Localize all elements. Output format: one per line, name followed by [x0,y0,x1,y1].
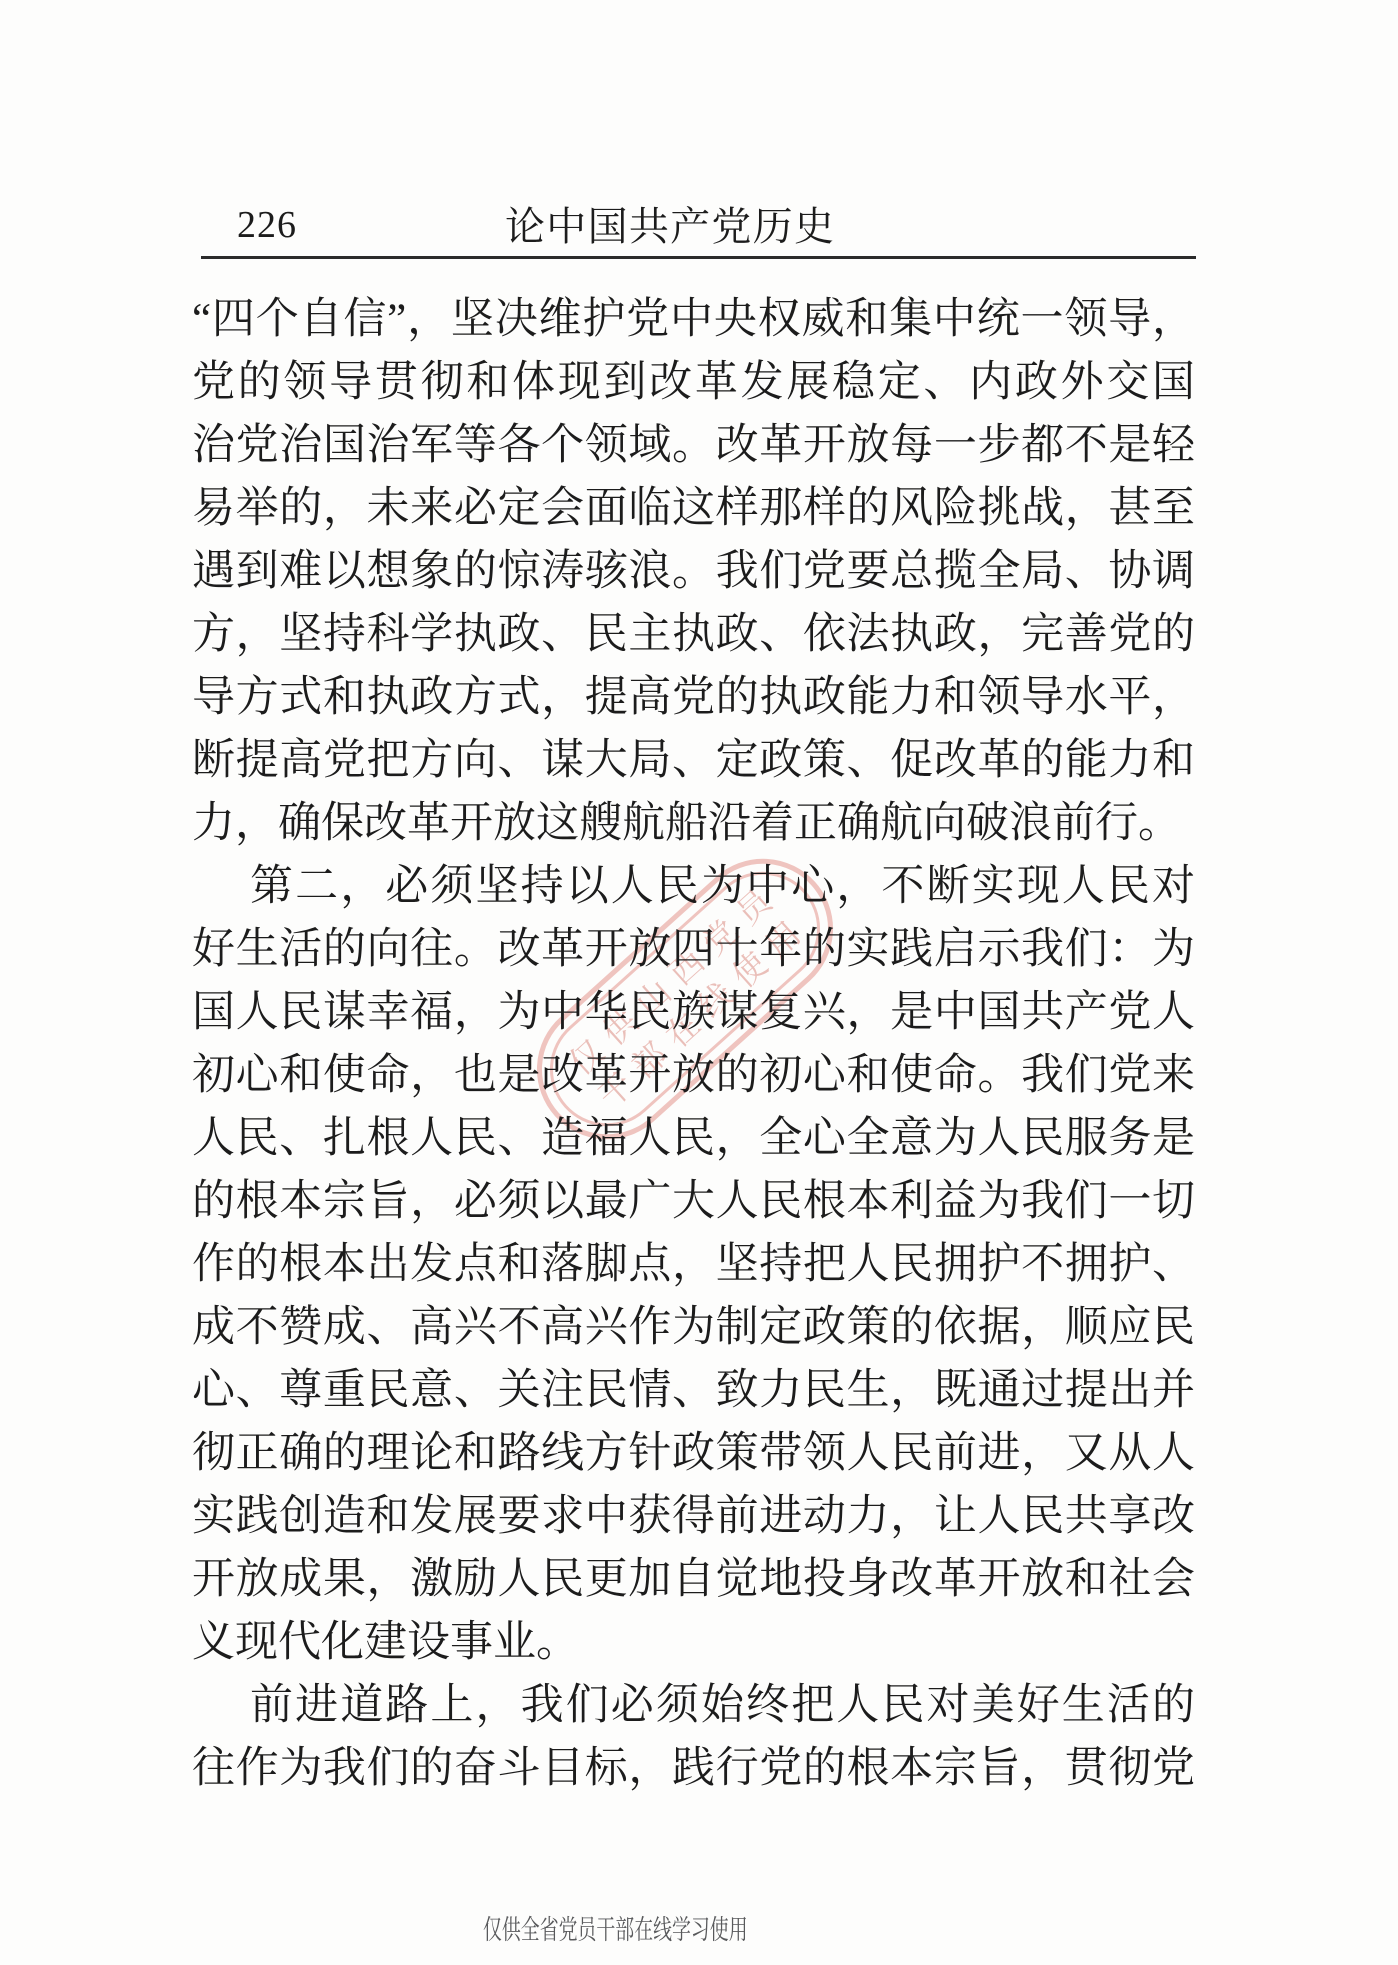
text-line: 易举的，未来必定会面临这样那样的风险挑战，甚至会 [192,477,1195,540]
text-line: 导方式和执政方式，提高党的执政能力和领导水平，不 [192,666,1195,729]
page-number: 226 [237,206,297,244]
text-line: 初心和使命，也是改革开放的初心和使命。我们党来自 [192,1044,1195,1107]
text-line: 国人民谋幸福，为中华民族谋复兴，是中国共产党人的 [192,981,1195,1044]
text-line: 作的根本出发点和落脚点，坚持把人民拥护不拥护、赞 [192,1233,1195,1296]
text-line: 成不赞成、高兴不高兴作为制定政策的依据，顺应民 [192,1296,1195,1359]
header-rule [201,256,1196,259]
footer-usage-notice: 仅供全省党员干部在线学习使用 [483,1914,748,1946]
text-line: 治党治国治军等各个领域。改革开放每一步都不是轻而 [192,414,1195,477]
text-line: 断提高党把方向、谋大局、定政策、促改革的能力和定 [192,729,1195,792]
text-line: “四个自信”，坚决维护党中央权威和集中统一领导，把 [192,288,1195,351]
text-line: 彻正确的理论和路线方针政策带领人民前进，又从人民 [192,1422,1195,1485]
text-line: 实践创造和发展要求中获得前进动力，让人民共享改革 [192,1485,1195,1548]
text-line: 人民、扎根人民、造福人民，全心全意为人民服务是党 [192,1107,1195,1170]
text-line: 前进道路上，我们必须始终把人民对美好生活的向 [192,1674,1195,1737]
text-line: 往作为我们的奋斗目标，践行党的根本宗旨，贯彻党的 [192,1737,1195,1800]
body-text: “四个自信”，坚决维护党中央权威和集中统一领导，把 党的领导贯彻和体现到改革发展… [192,288,1195,1800]
book-page: 226 论中国共产党历史 仅供山西党员 干部在线使用 “四个自信”，坚决维护党中… [0,0,1398,1965]
text-line: 党的领导贯彻和体现到改革发展稳定、内政外交国防、 [192,351,1195,414]
running-title: 论中国共产党历史 [505,207,835,247]
text-line: 开放成果，激励人民更加自觉地投身改革开放和社会主 [192,1548,1195,1611]
text-line: 第二，必须坚持以人民为中心，不断实现人民对美 [192,855,1195,918]
text-line: 力，确保改革开放这艘航船沿着正确航向破浪前行。 [192,792,1195,855]
text-line: 的根本宗旨，必须以最广大人民根本利益为我们一切工 [192,1170,1195,1233]
text-line: 义现代化建设事业。 [192,1611,1195,1674]
text-line: 心、尊重民意、关注民情、致力民生，既通过提出并贯 [192,1359,1195,1422]
text-line: 方，坚持科学执政、民主执政、依法执政，完善党的领 [192,603,1195,666]
text-line: 好生活的向往。改革开放四十年的实践启示我们：为中 [192,918,1195,981]
text-line: 遇到难以想象的惊涛骇浪。我们党要总揽全局、协调各 [192,540,1195,603]
